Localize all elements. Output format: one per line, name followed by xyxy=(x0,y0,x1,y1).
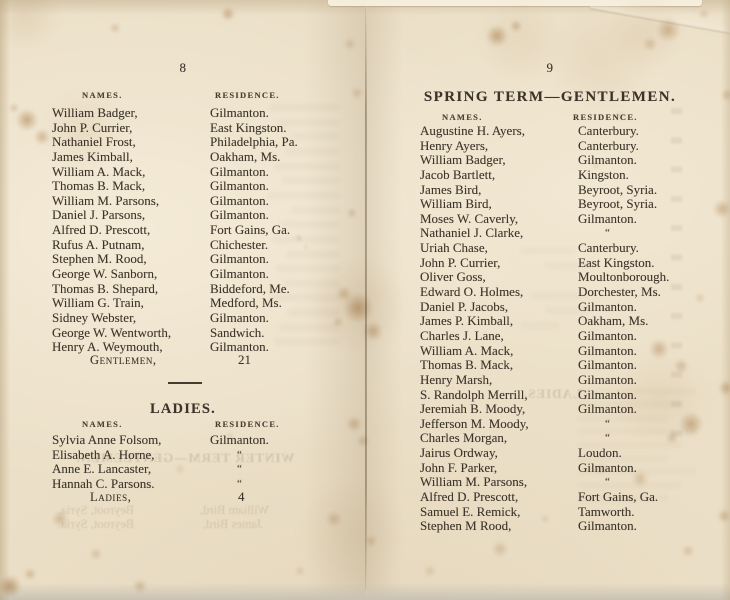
student-residence: Biddeford, Me. xyxy=(210,282,290,297)
table-row: John P. Currier, East Kingston. xyxy=(420,256,705,271)
student-residence: Beyroot, Syria. xyxy=(578,197,657,212)
foxing-stain xyxy=(24,568,36,580)
student-residence: “ xyxy=(578,431,611,446)
student-name: Daniel J. Parsons, xyxy=(52,208,145,223)
student-residence: Gilmanton. xyxy=(210,267,269,282)
section-divider xyxy=(168,382,202,384)
student-name: William A. Mack, xyxy=(420,344,513,359)
column-header-row: NAMES. RESIDENCE. xyxy=(420,111,705,123)
student-name: Thomas B. Mack, xyxy=(52,179,145,194)
student-name: Charles J. Lane, xyxy=(420,329,504,344)
student-residence: Gilmanton. xyxy=(578,358,637,373)
student-name: Nathaniel Frost, xyxy=(52,135,136,150)
gentlemen-count-value: 21 xyxy=(238,353,251,368)
table-row: Jairus Ordway, Loudon. xyxy=(420,446,705,461)
table-row: William Badger, Gilmanton. xyxy=(420,153,705,168)
student-name: S. Randolph Merrill, xyxy=(420,388,528,403)
book-scan: WINTER TERM—GENTLEMEN. Beyroot, Syria. W… xyxy=(0,0,730,600)
student-name: Sylvia Anne Folsom, xyxy=(52,433,161,448)
residence-column-header: RESIDENCE. xyxy=(573,111,638,123)
student-residence: “ xyxy=(210,448,243,463)
column-header-row: NAMES. RESIDENCE. xyxy=(52,418,344,430)
table-row: Henry Ayers, Canterbury. xyxy=(420,139,705,154)
student-name: William Badger, xyxy=(420,153,506,168)
student-residence: Philadelphia, Pa. xyxy=(210,135,298,150)
table-row: William A. Mack, Gilmanton. xyxy=(52,165,344,180)
student-name: Rufus A. Putnam, xyxy=(52,238,144,253)
ladies-count-value: 4 xyxy=(238,490,245,505)
student-residence: “ xyxy=(578,226,611,241)
student-name: Edward O. Holmes, xyxy=(420,285,523,300)
foxing-stain xyxy=(9,103,19,113)
gentlemen-summary-row: Gentlemen, 21 xyxy=(52,353,344,368)
student-residence: Kingston. xyxy=(578,168,629,183)
student-residence: Chichester. xyxy=(210,238,268,253)
student-name: Moses W. Caverly, xyxy=(420,212,518,227)
student-residence: Gilmanton. xyxy=(210,106,269,121)
student-residence: Gilmanton. xyxy=(210,433,269,448)
student-name: Alfred D. Prescott, xyxy=(420,490,518,505)
student-residence: Beyroot, Syria. xyxy=(578,183,657,198)
student-name: William M. Parsons, xyxy=(420,475,527,490)
table-row: Stephen M Rood, Gilmanton. xyxy=(420,519,705,534)
page-fold-line xyxy=(365,8,367,590)
column-header-row: NAMES. RESIDENCE. xyxy=(52,89,344,101)
table-row: Daniel J. Parsons, Gilmanton. xyxy=(52,208,344,223)
scan-edge xyxy=(721,0,730,600)
student-name: Sidney Webster, xyxy=(52,311,136,326)
table-row: Thomas B. Shepard, Biddeford, Me. xyxy=(52,282,344,297)
table-row: Nathaniel J. Clarke, “ xyxy=(420,226,705,241)
student-residence: Gilmanton. xyxy=(578,519,637,534)
student-name: John P. Currier, xyxy=(420,256,500,271)
table-row: Alfred D. Prescott, Fort Gains, Ga. xyxy=(52,223,344,238)
student-residence: Fort Gains, Ga. xyxy=(210,223,290,238)
table-row: Uriah Chase, Canterbury. xyxy=(420,241,705,256)
student-name: Elisabeth A. Horne, xyxy=(52,448,155,463)
table-row: Sylvia Anne Folsom, Gilmanton. xyxy=(52,433,344,448)
student-residence: Gilmanton. xyxy=(210,208,269,223)
student-name: William A. Mack, xyxy=(52,165,145,180)
book-page-right: 9 SPRING TERM—GENTLEMEN. NAMES. RESIDENC… xyxy=(420,0,705,600)
table-row: Nathaniel Frost, Philadelphia, Pa. xyxy=(52,135,344,150)
student-residence: Sandwich. xyxy=(210,326,265,341)
table-row: John F. Parker, Gilmanton. xyxy=(420,461,705,476)
page-number: 9 xyxy=(420,61,680,75)
student-residence: Gilmanton. xyxy=(578,344,637,359)
student-name: Daniel P. Jacobs, xyxy=(420,300,508,315)
spring-term-heading: SPRING TERM—GENTLEMEN. xyxy=(420,88,680,106)
student-residence: Dorchester, Ms. xyxy=(578,285,661,300)
student-residence: Gilmanton. xyxy=(210,252,269,267)
table-row: Charles Morgan, “ xyxy=(420,431,705,446)
table-row: Moses W. Caverly, Gilmanton. xyxy=(420,212,705,227)
student-residence: Gilmanton. xyxy=(578,153,637,168)
table-row: S. Randolph Merrill, Gilmanton. xyxy=(420,388,705,403)
student-name: Thomas B. Shepard, xyxy=(52,282,158,297)
names-column-header: NAMES. xyxy=(442,111,483,123)
table-row: George W. Wentworth, Sandwich. xyxy=(52,326,344,341)
student-residence: East Kingston. xyxy=(210,121,287,136)
student-name: Charles Morgan, xyxy=(420,431,507,446)
student-residence: Gilmanton. xyxy=(210,165,269,180)
table-row: William M. Parsons, “ xyxy=(420,475,705,490)
student-name: Stephen M. Rood, xyxy=(52,252,147,267)
student-name: Oliver Goss, xyxy=(420,270,486,285)
table-row: James Kimball, Oakham, Ms. xyxy=(52,150,344,165)
student-name: John F. Parker, xyxy=(420,461,497,476)
student-residence: “ xyxy=(578,417,611,432)
table-row: William Badger, Gilmanton. xyxy=(52,106,344,121)
foxing-stain xyxy=(34,129,50,145)
table-row: Henry Marsh, Gilmanton. xyxy=(420,373,705,388)
ladies-summary-row: Ladies, 4 xyxy=(52,490,344,505)
student-name: William Bird, xyxy=(420,197,492,212)
table-row: Samuel E. Remick, Tamworth. xyxy=(420,505,705,520)
student-name: William M. Parsons, xyxy=(52,194,159,209)
table-row: Anne E. Lancaster, “ xyxy=(52,462,344,477)
student-name: Nathaniel J. Clarke, xyxy=(420,226,523,241)
student-residence: Tamworth. xyxy=(578,505,635,520)
student-residence: Gilmanton. xyxy=(210,311,269,326)
student-name: Stephen M Rood, xyxy=(420,519,511,534)
table-row: Oliver Goss, Moultonborough. xyxy=(420,270,705,285)
student-residence: Canterbury. xyxy=(578,139,639,154)
student-residence: “ xyxy=(210,462,243,477)
book-page-left: 8 NAMES. RESIDENCE. William Badger, Gilm… xyxy=(52,0,344,600)
student-residence: Oakham, Ms. xyxy=(578,314,648,329)
student-residence: Canterbury. xyxy=(578,124,639,139)
table-row: Jacob Bartlett, Kingston. xyxy=(420,168,705,183)
student-residence: Gilmanton. xyxy=(210,179,269,194)
names-column-header: NAMES. xyxy=(82,89,123,101)
student-residence: East Kingston. xyxy=(578,256,655,271)
student-name: James Bird, xyxy=(420,183,481,198)
table-row: John P. Currier, East Kingston. xyxy=(52,121,344,136)
spring-term-gentlemen-list: Augustine H. Ayers, Canterbury. Henry Ay… xyxy=(420,124,705,534)
table-row: James Bird, Beyroot, Syria. xyxy=(420,183,705,198)
ladies-count-label: Ladies, xyxy=(90,490,131,505)
student-name: John P. Currier, xyxy=(52,121,132,136)
student-name: Henry Marsh, xyxy=(420,373,492,388)
table-row: William G. Train, Medford, Ms. xyxy=(52,296,344,311)
gutter-shadow xyxy=(304,0,366,600)
gentlemen-count-label: Gentlemen, xyxy=(90,353,157,368)
student-name: Henry Ayers, xyxy=(420,139,488,154)
student-residence: Loudon. xyxy=(578,446,622,461)
table-row: Stephen M. Rood, Gilmanton. xyxy=(52,252,344,267)
page-number: 8 xyxy=(52,61,314,75)
student-name: Jacob Bartlett, xyxy=(420,168,495,183)
student-name: William G. Train, xyxy=(52,296,144,311)
student-residence: Gilmanton. xyxy=(210,194,269,209)
gutter-shadow xyxy=(367,0,403,600)
scan-edge xyxy=(0,0,10,600)
table-row: Sidney Webster, Gilmanton. xyxy=(52,311,344,326)
student-residence: Gilmanton. xyxy=(578,212,637,227)
student-name: James P. Kimball, xyxy=(420,314,513,329)
student-residence: Gilmanton. xyxy=(578,300,637,315)
table-row: James P. Kimball, Oakham, Ms. xyxy=(420,314,705,329)
table-row: Daniel P. Jacobs, Gilmanton. xyxy=(420,300,705,315)
student-name: Augustine H. Ayers, xyxy=(420,124,525,139)
student-residence: Gilmanton. xyxy=(578,373,637,388)
student-name: Samuel E. Remick, xyxy=(420,505,520,520)
ladies-section-heading: LADIES. xyxy=(52,401,314,417)
student-name: Jefferson M. Moody, xyxy=(420,417,529,432)
table-row: Jefferson M. Moody, “ xyxy=(420,417,705,432)
student-residence: Oakham, Ms. xyxy=(210,150,280,165)
student-name: Jeremiah B. Moody, xyxy=(420,402,525,417)
student-name: James Kimball, xyxy=(52,150,133,165)
student-name: George W. Wentworth, xyxy=(52,326,171,341)
page-corner-edge xyxy=(590,0,730,52)
table-row: Edward O. Holmes, Dorchester, Ms. xyxy=(420,285,705,300)
student-residence: Fort Gains, Ga. xyxy=(578,490,658,505)
table-row: Thomas B. Mack, Gilmanton. xyxy=(420,358,705,373)
table-row: William Bird, Beyroot, Syria. xyxy=(420,197,705,212)
student-residence: “ xyxy=(578,475,611,490)
student-name: George W. Sanborn, xyxy=(52,267,157,282)
table-row: George W. Sanborn, Gilmanton. xyxy=(52,267,344,282)
table-row: William M. Parsons, Gilmanton. xyxy=(52,194,344,209)
ladies-list: Sylvia Anne Folsom, Gilmanton. Elisabeth… xyxy=(52,433,344,492)
student-name: Anne E. Lancaster, xyxy=(52,462,151,477)
table-row: Rufus A. Putnam, Chichester. xyxy=(52,238,344,253)
table-row: Thomas B. Mack, Gilmanton. xyxy=(52,179,344,194)
table-row: Elisabeth A. Horne, “ xyxy=(52,448,344,463)
student-residence: Medford, Ms. xyxy=(210,296,282,311)
residence-column-header: RESIDENCE. xyxy=(215,418,280,430)
table-row: Charles J. Lane, Gilmanton. xyxy=(420,329,705,344)
student-residence: Gilmanton. xyxy=(578,461,637,476)
student-residence: Moultonborough. xyxy=(578,270,669,285)
residence-column-header: RESIDENCE. xyxy=(215,89,280,101)
names-column-header: NAMES. xyxy=(82,418,123,430)
student-name: Thomas B. Mack, xyxy=(420,358,513,373)
student-name: Jairus Ordway, xyxy=(420,446,498,461)
foxing-stain xyxy=(16,109,38,131)
table-row: William A. Mack, Gilmanton. xyxy=(420,344,705,359)
table-row: Alfred D. Prescott, Fort Gains, Ga. xyxy=(420,490,705,505)
student-residence: Gilmanton. xyxy=(578,402,637,417)
student-residence: Gilmanton. xyxy=(578,388,637,403)
table-row: Jeremiah B. Moody, Gilmanton. xyxy=(420,402,705,417)
student-residence: Gilmanton. xyxy=(578,329,637,344)
scan-edge xyxy=(0,583,730,600)
student-residence: Canterbury. xyxy=(578,241,639,256)
table-row: Augustine H. Ayers, Canterbury. xyxy=(420,124,705,139)
gentlemen-list: William Badger, Gilmanton. John P. Curri… xyxy=(52,106,344,355)
student-name: Alfred D. Prescott, xyxy=(52,223,150,238)
student-name: Uriah Chase, xyxy=(420,241,488,256)
student-name: William Badger, xyxy=(52,106,138,121)
